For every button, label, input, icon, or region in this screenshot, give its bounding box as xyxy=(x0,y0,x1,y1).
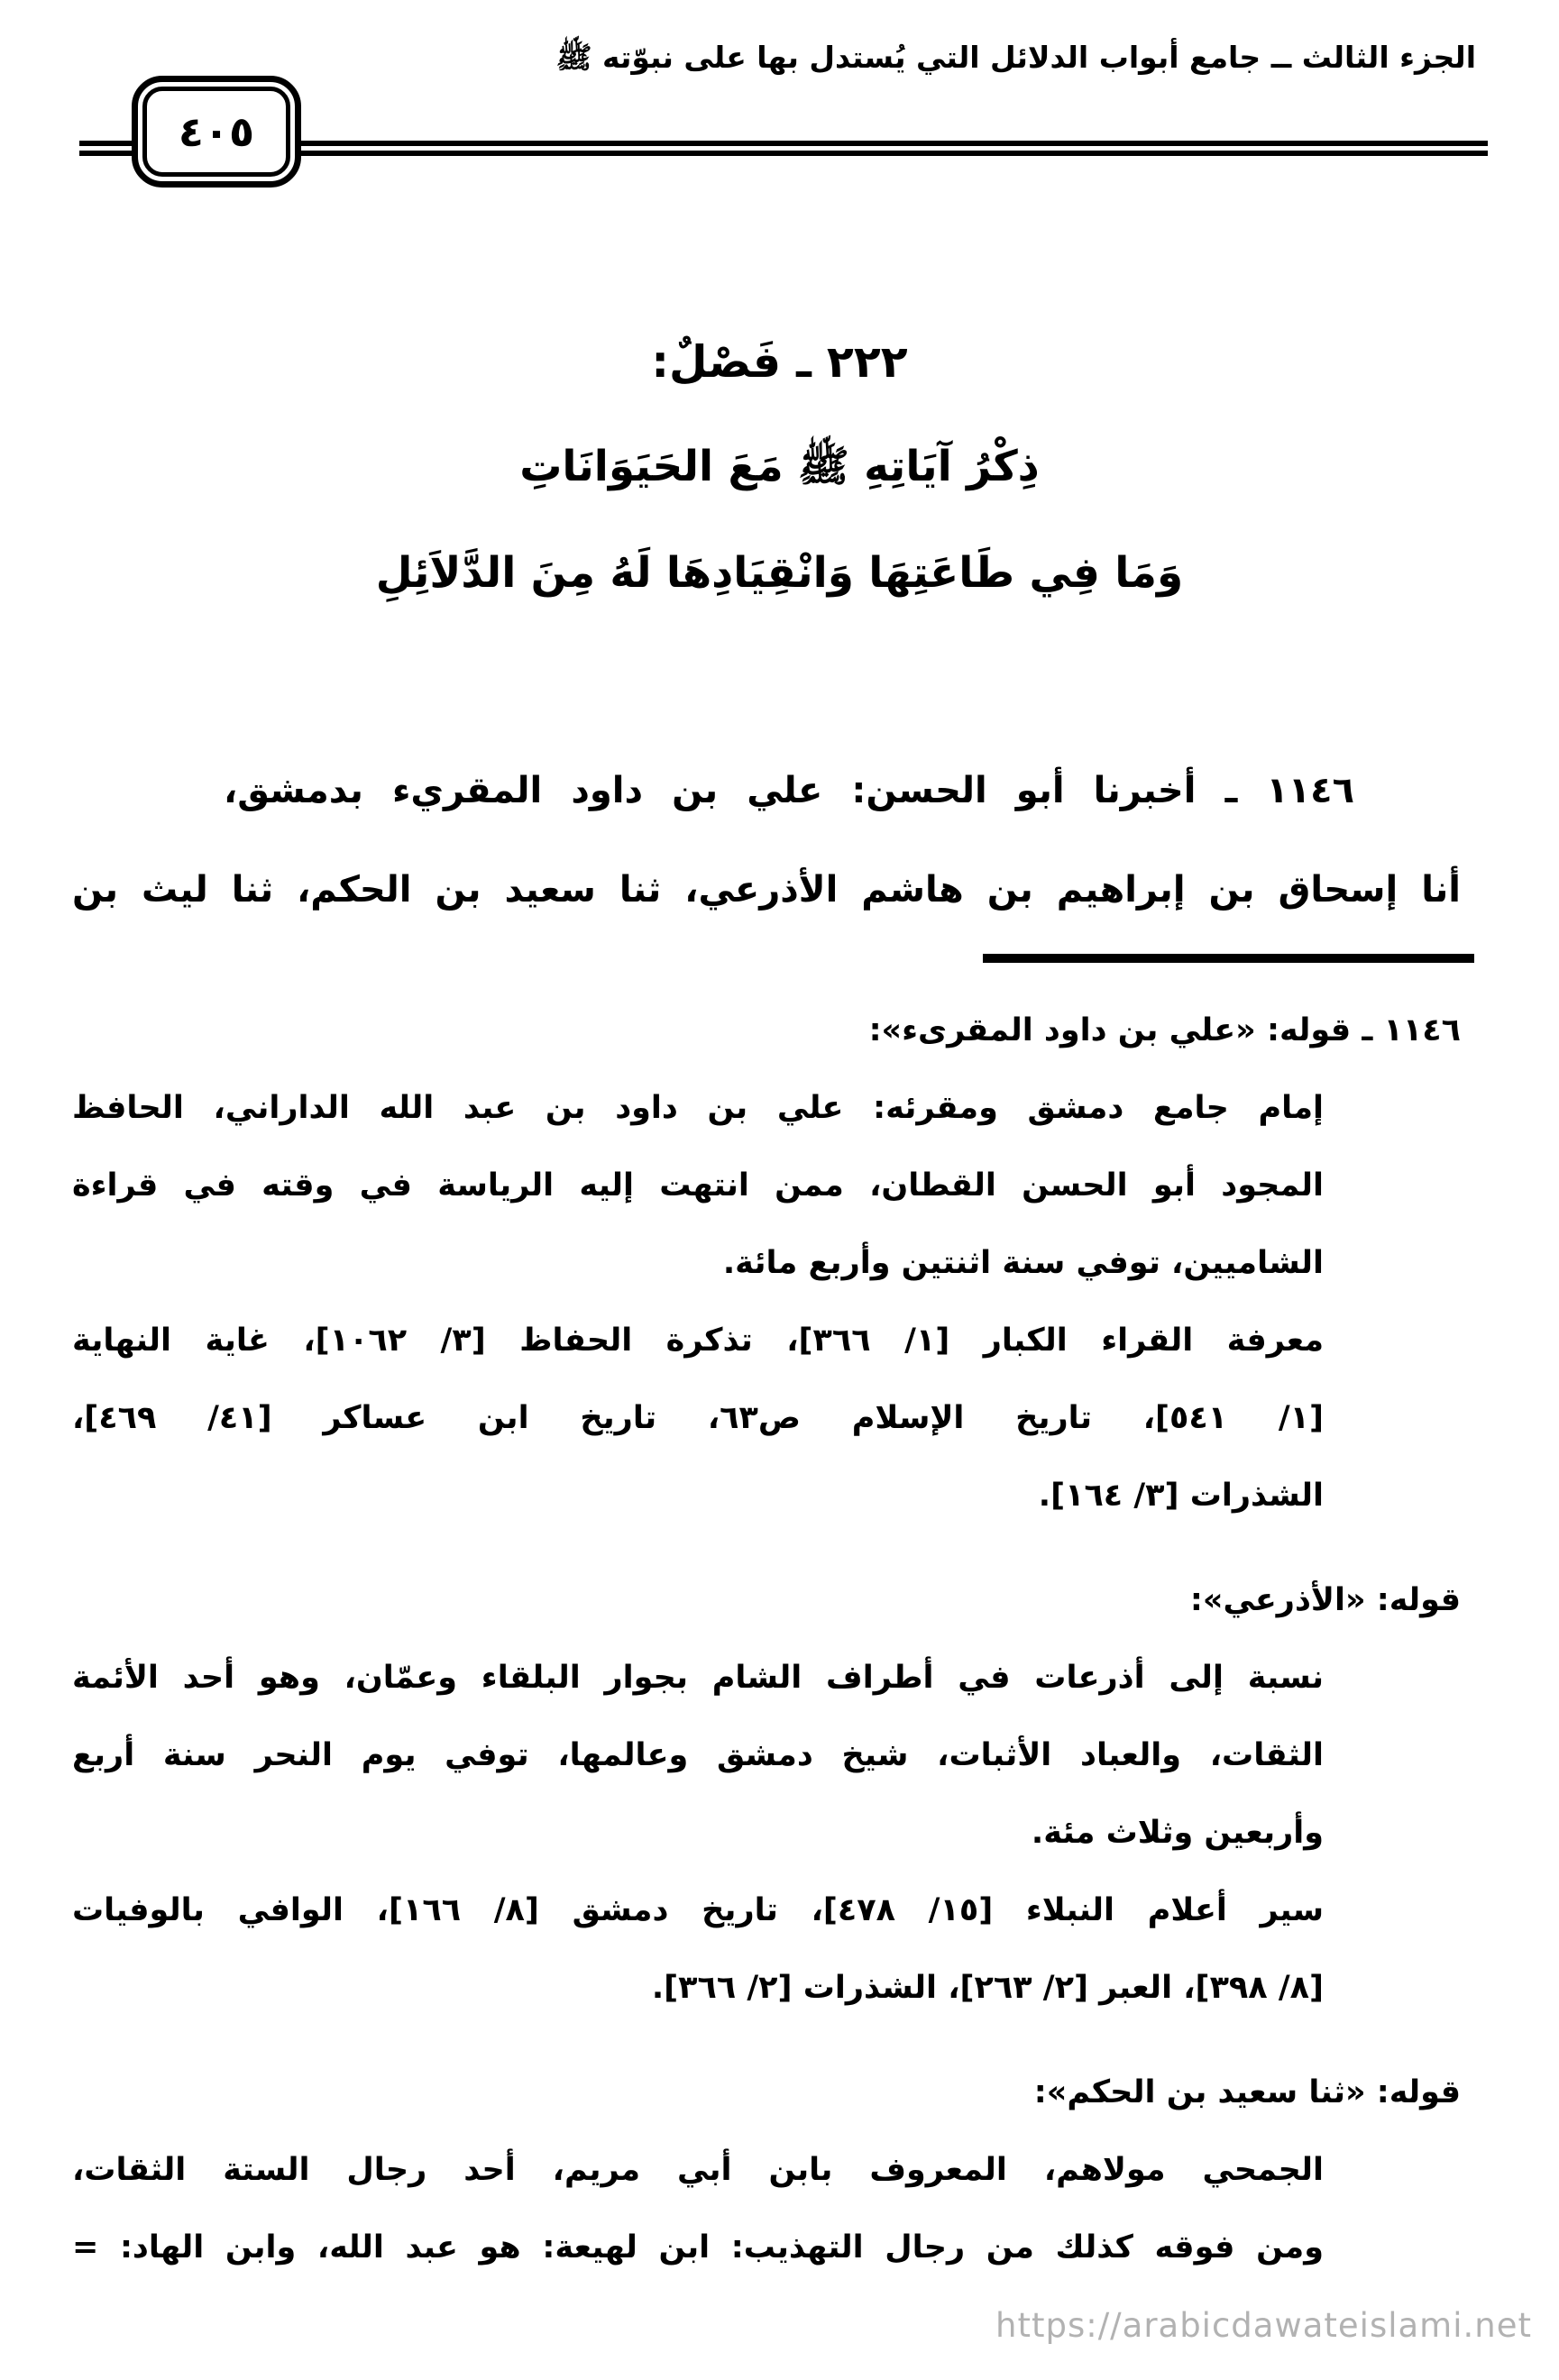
book-page: الجزء الثالث ــ جامع أبواب الدلائل التي … xyxy=(0,0,1559,2380)
footnote-heading: قوله: «ثنا سعيد بن الحكم»: xyxy=(72,2054,1461,2131)
watermark-url: https://arabicdawateislami.net xyxy=(995,2306,1532,2345)
footnote-heading: ١١٤٦ ـ قوله: «علي بن داود المقرىء»: xyxy=(72,992,1461,1069)
footnote-line: الشذرات [٣/ ١٦٤]. xyxy=(72,1457,1461,1534)
footnote-separator-rule xyxy=(983,954,1474,963)
footnote-line: [٨/ ٣٩٨]، العبر [٢/ ٢٦٣]، الشذرات [٢/ ٣٦… xyxy=(72,1949,1461,2027)
main-text-line: ١١٤٦ ـ أخبرنا أبو الحسن: علي بن داود الم… xyxy=(72,741,1461,840)
footnote-line: نسبة إلى أذرعات في أطراف الشام بجوار الب… xyxy=(72,1639,1461,1716)
footnote-line: سير أعلام النبلاء [١٥/ ٤٧٨]، تاريخ دمشق … xyxy=(72,1872,1461,1949)
footnote-line: الشاميين، توفي سنة اثنتين وأربع مائة. xyxy=(72,1224,1461,1302)
main-text-block: ١١٤٦ ـ أخبرنا أبو الحسن: علي بن داود الم… xyxy=(72,741,1461,939)
section-title-line1: ذِكْرُ آيَاتِهِ ﷺ مَعَ الحَيَوَانَاتِ xyxy=(0,422,1559,512)
page-number: ٤٠٥ xyxy=(142,87,290,177)
footnote-line: [١/ ٥٤١]، تاريخ الإسلام ص٦٣، تاريخ ابن ع… xyxy=(72,1379,1461,1457)
footnote-line: إمام جامع دمشق ومقرئه: علي بن داود بن عب… xyxy=(72,1069,1461,1147)
footnote-line: الجمحي مولاهم، المعروف بابن أبي مريم، أح… xyxy=(72,2131,1461,2209)
section-title-line2: وَمَا فِي طَاعَتِهَا وَانْقِيَادِهَا لَه… xyxy=(0,528,1559,618)
footnote-line: ومن فوقه كذلك من رجال التهذيب: ابن لهيعة… xyxy=(72,2209,1461,2286)
footnotes-block: ١١٤٦ ـ قوله: «علي بن داود المقرىء»: إمام… xyxy=(72,992,1461,2286)
section-number-line: ٢٢٢ ـ فَصْلٌ: xyxy=(0,317,1559,407)
footnote-line: معرفة القراء الكبار [١/ ٣٦٦]، تذكرة الحف… xyxy=(72,1302,1461,1379)
page-number-badge: ٤٠٥ xyxy=(132,76,301,188)
footnote-line: وأربعين وثلاث مئة. xyxy=(72,1794,1461,1872)
footnote-line: الثقات، والعباد الأثبات، شيخ دمشق وعالمه… xyxy=(72,1716,1461,1794)
running-header-title: الجزء الثالث ــ جامع أبواب الدلائل التي … xyxy=(556,40,1476,83)
footnote-heading: قوله: «الأذرعي»: xyxy=(72,1561,1461,1639)
footnote-line: المجود أبو الحسن القطان، ممن انتهت إليه … xyxy=(72,1147,1461,1224)
main-text-line: أنا إسحاق بن إبراهيم بن هاشم الأذرعي، ثن… xyxy=(72,840,1461,939)
